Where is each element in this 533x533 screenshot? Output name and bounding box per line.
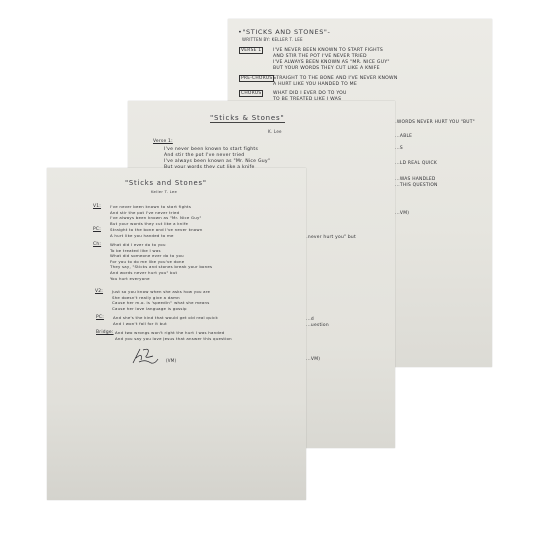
lyric-line: And she's the kind that would get old re… xyxy=(113,315,218,321)
lyric-sheet-front: "Sticks and Stones" Keller T. Lee V1: I'… xyxy=(47,168,306,500)
section-label: CHORUS xyxy=(239,90,263,97)
sheet-credit: Keller T. Lee xyxy=(151,189,177,195)
section-label: Ch: xyxy=(93,242,110,281)
lyric-line: Straight to the bone and I've never know… xyxy=(110,227,203,233)
lyric-line: And I won't fall for it but xyxy=(113,321,218,327)
lyric-line: Cause her m.o. is 'speedin'' what she me… xyxy=(112,300,210,306)
section-label: V1: xyxy=(93,204,110,226)
lyric-fragment: ...never hurt you" but xyxy=(303,235,356,241)
sheet-title: "Sticks and Stones" xyxy=(125,180,207,186)
section-label: Verse 1: xyxy=(153,139,173,145)
section-label: V2: xyxy=(95,289,112,311)
section-verse-1: VERSE 1 I'VE NEVER BEEN KNOWN TO START F… xyxy=(239,48,390,72)
lyric-line: BUT YOUR WORDS THEY CUT LIKE A KNIFE xyxy=(273,66,390,72)
lyric-line: A HURT LIKE YOU HANDED TO ME xyxy=(273,82,398,88)
lyric-line: And two wrongs won't right the hurt I wa… xyxy=(115,330,232,336)
signature-icon xyxy=(131,346,161,366)
section-pc-2: PC: And she's the kind that would get ol… xyxy=(96,315,218,326)
sheet-credit: K. Lee xyxy=(268,129,282,135)
lyric-line: You hurt everyone xyxy=(110,276,212,282)
lyric-line: Just so you know when she asks how you a… xyxy=(112,289,210,295)
lyric-fragment: ...THIS QUESTION xyxy=(395,183,438,189)
section-v1: V1: I've never been known to start fight… xyxy=(93,204,202,226)
section-pc: PC: Straight to the bone and I've never … xyxy=(93,227,203,238)
lyric-line: I've never been known to start fights xyxy=(110,204,202,210)
section-label: PRE-CHORUS xyxy=(239,75,274,82)
lyric-fragment: ...VM) xyxy=(306,357,320,363)
section-label: Bridge: xyxy=(96,330,115,341)
lyric-fragment: ...S xyxy=(395,146,403,152)
signature-note: (VM) xyxy=(166,358,176,364)
lyric-fragment: ...uestion xyxy=(306,323,329,329)
section-pre-chorus: PRE-CHORUS STRAIGHT TO THE BONE AND I'VE… xyxy=(239,76,398,88)
section-label: PC: xyxy=(93,227,110,238)
lyric-line: I've always been known as "Mr. Nice Guy" xyxy=(110,215,202,221)
lyric-fragment: ...ABLE xyxy=(395,134,412,140)
sheet-credit: WRITTEN BY: KELLER T. LEE xyxy=(242,37,303,43)
section-label: VERSE 1 xyxy=(239,47,263,54)
lyric-fragment: ...WORDS NEVER HURT YOU "BUT" xyxy=(392,120,475,126)
sheet-title: "Sticks & Stones" xyxy=(210,115,285,123)
lyric-line: And you say you love Jesus that answer t… xyxy=(115,336,232,342)
lyric-line: But your words they cut like a knife xyxy=(110,221,202,227)
sheet-title: •"STICKS AND STONES"- xyxy=(238,29,330,35)
section-chorus: Ch: What did I ever do to you To be trea… xyxy=(93,242,212,281)
lyric-line: Cause her love language is gossip xyxy=(112,306,210,312)
section-v2: V2: Just so you know when she asks how y… xyxy=(95,289,210,311)
section-label: PC: xyxy=(96,315,113,326)
lyric-fragment: ...LD REAL QUICK xyxy=(395,161,437,167)
lyric-fragment: ...VM) xyxy=(395,211,409,217)
lyric-line: A hurt like you handed to me xyxy=(110,233,203,239)
section-bridge: Bridge: And two wrongs won't right the h… xyxy=(96,330,232,341)
